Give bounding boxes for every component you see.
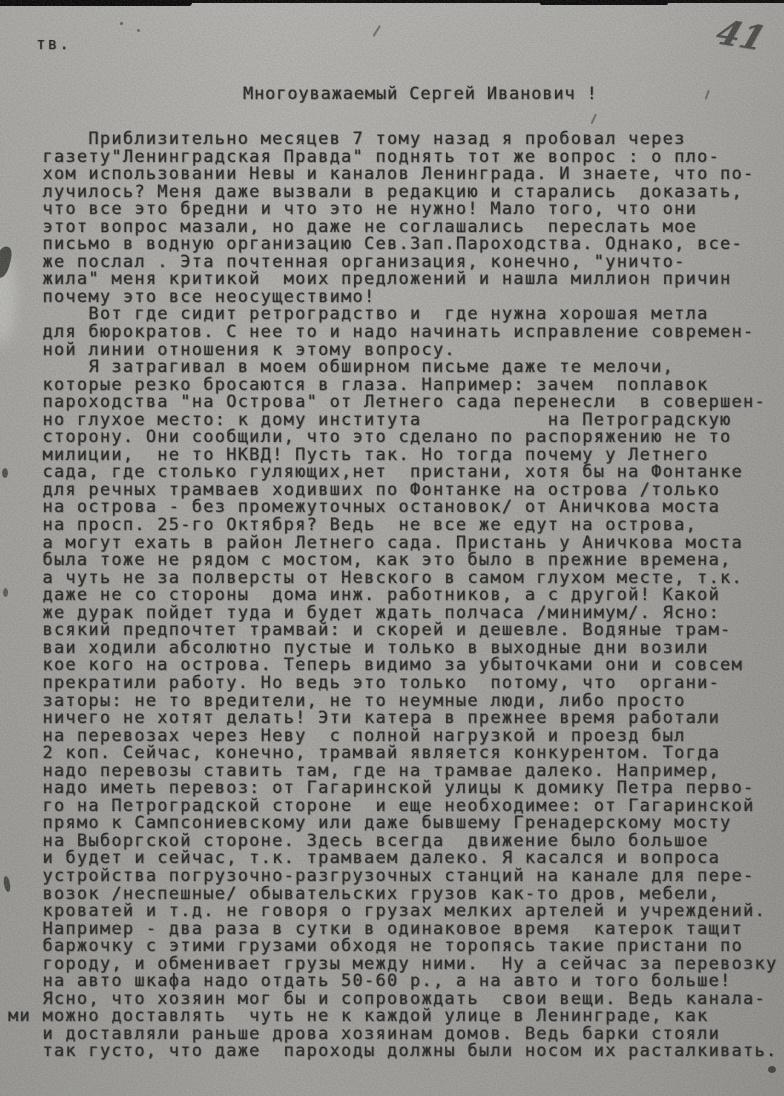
- handwritten-page-number: 41: [710, 13, 770, 59]
- letter-line: устройства погрузочно-разгрузочных станц…: [8, 868, 778, 886]
- letter-line: хом использовании Невы и каналов Ленингр…: [8, 166, 778, 184]
- typist-initials: тв.: [36, 34, 71, 53]
- scan-speck: [2, 468, 8, 478]
- letter-line: на просп. 25-го Октября? Ведь не все же …: [8, 517, 778, 535]
- letter-body: Приблизительно месяцев 7 тому назад я пр…: [8, 131, 778, 1061]
- letter-line: для бюрократов. С нее то и надо начинать…: [8, 324, 778, 342]
- scan-edge-top-mid: [540, 0, 668, 5]
- scanned-letter-page: тв. 41 Многоуважаемый Сергей Иванович ! …: [0, 0, 784, 1096]
- scan-scratch: [705, 90, 710, 100]
- letter-line: ничего не хотят делать! Эти катера в пре…: [8, 710, 778, 728]
- scan-scratch: [372, 25, 380, 37]
- letter-line: так густо, что даже пароходы должны были…: [8, 1043, 778, 1061]
- scan-speck: [3, 588, 8, 597]
- scan-scratch: [590, 113, 596, 124]
- letter-line: Приблизительно месяцев 7 тому назад я пр…: [8, 131, 778, 149]
- scan-edge-top-left: [0, 0, 192, 6]
- scan-speck: [137, 29, 140, 32]
- scan-speck: [120, 22, 123, 25]
- letter-line: прекратили работу. Но ведь это только по…: [8, 675, 778, 693]
- salutation-line: Многоуважаемый Сергей Иванович !: [243, 84, 598, 104]
- scan-speck: [768, 1066, 776, 1073]
- letter-line: кроватей и т.д. не говоря о грузах мелки…: [8, 903, 778, 921]
